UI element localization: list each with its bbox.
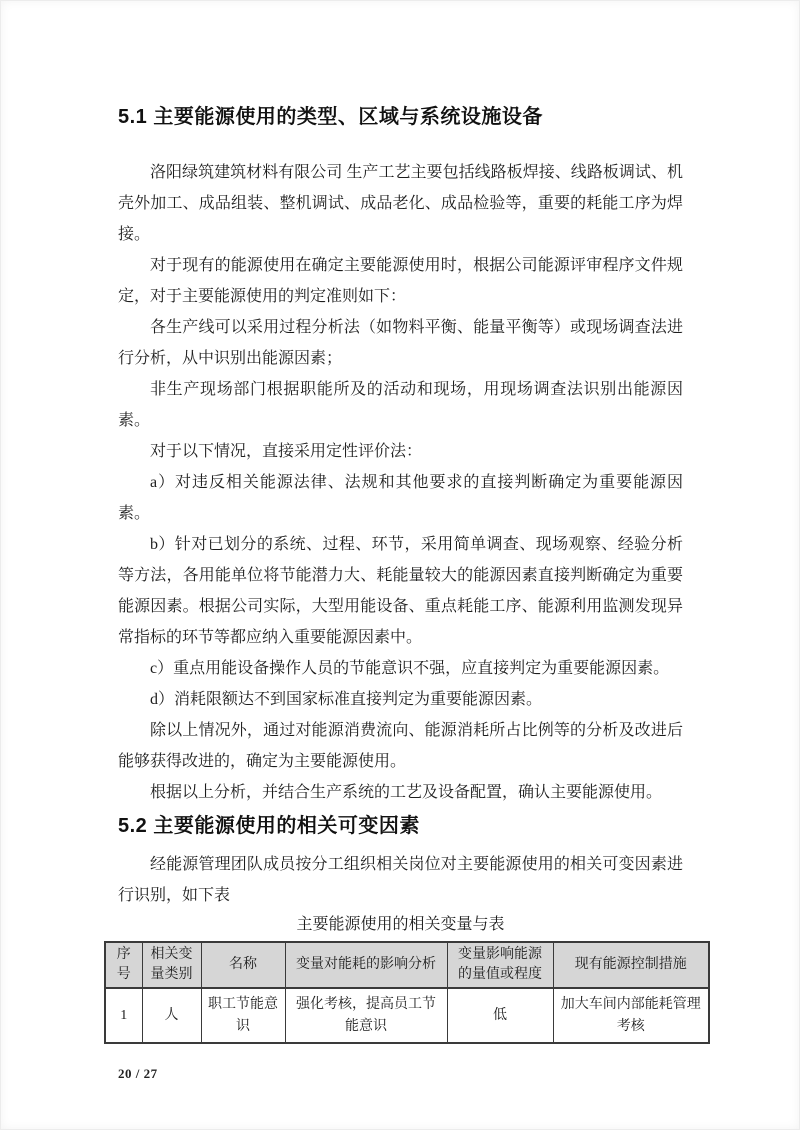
document-content: 5.1 主要能源使用的类型、区域与系统设施设备 洛阳绿筑建筑材料有限公司 生产工… xyxy=(1,1,799,1082)
paragraph: 非生产现场部门根据职能所及的活动和现场，用现场调查法识别出能源因素。 xyxy=(118,374,683,436)
paragraph: 对于现有的能源使用在确定主要能源使用时，根据公司能源评审程序文件规定，对于主要能… xyxy=(118,250,683,312)
table-header-cell: 变量对能耗的影响分析 xyxy=(285,942,447,988)
section-5-2-heading: 5.2 主要能源使用的相关可变因素 xyxy=(118,814,683,839)
paragraph: 对于以下情况，直接采用定性评价法： xyxy=(118,436,683,467)
page-number: 20 / 27 xyxy=(118,1066,683,1082)
table-cell: 加大车间内部能耗管理考核 xyxy=(553,988,709,1043)
table-cell: 强化考核，提高员工节能意识 xyxy=(285,988,447,1043)
table-cell: 职工节能意识 xyxy=(201,988,285,1043)
paragraph: a）对违反相关能源法律、法规和其他要求的直接判断确定为重要能源因素。 xyxy=(118,467,683,529)
paragraph: d）消耗限额达不到国家标准直接判定为重要能源因素。 xyxy=(118,684,683,715)
table-cell: 低 xyxy=(447,988,553,1043)
variables-table: 序号 相关变量类别 名称 变量对能耗的影响分析 变量影响能源的量值或程度 现有能… xyxy=(104,941,710,1044)
table-cell: 人 xyxy=(142,988,201,1043)
paragraph: c）重点用能设备操作人员的节能意识不强，应直接判定为重要能源因素。 xyxy=(118,653,683,684)
paragraph: 各生产线可以采用过程分析法（如物料平衡、能量平衡等）或现场调查法进行分析，从中识… xyxy=(118,312,683,374)
table-header-cell: 名称 xyxy=(201,942,285,988)
table-row: 1 人 职工节能意识 强化考核，提高员工节能意识 低 加大车间内部能耗管理考核 xyxy=(105,988,709,1043)
document-page: 5.1 主要能源使用的类型、区域与系统设施设备 洛阳绿筑建筑材料有限公司 生产工… xyxy=(0,0,800,1130)
table-header-cell: 序号 xyxy=(105,942,142,988)
paragraph: b）针对已划分的系统、过程、环节，采用简单调查、现场观察、经验分析等方法，各用能… xyxy=(118,529,683,653)
table-caption: 主要能源使用的相关变量与表 xyxy=(118,912,683,938)
table-cell: 1 xyxy=(105,988,142,1043)
paragraph: 根据以上分析，并结合生产系统的工艺及设备配置，确认主要能源使用。 xyxy=(118,777,683,808)
paragraph: 洛阳绿筑建筑材料有限公司 生产工艺主要包括线路板焊接、线路板调试、机壳外加工、成… xyxy=(118,157,683,250)
table-header-row: 序号 相关变量类别 名称 变量对能耗的影响分析 变量影响能源的量值或程度 现有能… xyxy=(105,942,709,988)
paragraph: 经能源管理团队成员按分工组织相关岗位对主要能源使用的相关可变因素进行识别，如下表 xyxy=(118,849,683,911)
table-header-cell: 现有能源控制措施 xyxy=(553,942,709,988)
paragraph: 除以上情况外，通过对能源消费流向、能源消耗所占比例等的分析及改进后能够获得改进的… xyxy=(118,715,683,777)
section-5-1-heading: 5.1 主要能源使用的类型、区域与系统设施设备 xyxy=(118,105,683,130)
table-header-cell: 变量影响能源的量值或程度 xyxy=(447,942,553,988)
table-header-cell: 相关变量类别 xyxy=(142,942,201,988)
